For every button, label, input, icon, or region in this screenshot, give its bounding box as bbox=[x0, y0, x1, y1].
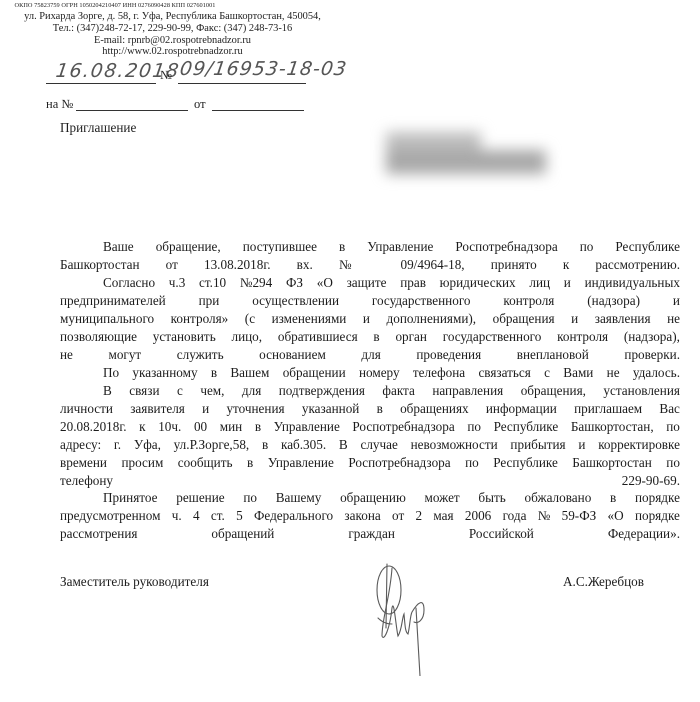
p4-line-3: 20.08.2018г.к10ч.00минвУправлениеРоспотр… bbox=[60, 418, 680, 436]
p1-line-2: Башкортостан от 13.08.2018г. вх. № 09/49… bbox=[60, 256, 680, 274]
organization-address: ул. Рихарда Зорге, д. 58, г. Уфа, Респуб… bbox=[0, 11, 345, 23]
handwritten-signature-icon bbox=[372, 558, 462, 676]
from-date-blank bbox=[212, 110, 304, 111]
p2-line-2: предпринимателейприосуществлениигосударс… bbox=[60, 292, 680, 310]
organization-phone: Тел.: (347)248-72-17, 229-90-99, Факс: (… bbox=[0, 23, 345, 35]
paragraph-invitation: Всвязисчем,дляподтвержденияфактанаправле… bbox=[60, 382, 680, 491]
on-number-label: на № bbox=[46, 97, 73, 112]
document-title: Приглашение bbox=[60, 120, 136, 136]
date-underline bbox=[46, 83, 156, 84]
p2-line-1: Согласноч.3ст.10№294ФЗ«Озащитеправюридич… bbox=[60, 274, 680, 292]
p3-line-1: По указанному в Вашем обращении номеру т… bbox=[60, 364, 680, 382]
paragraph-legal-basis: Согласноч.3ст.10№294ФЗ«Озащитеправюридич… bbox=[60, 274, 680, 364]
outgoing-number-handwritten: 09/16953-18-03 bbox=[178, 58, 348, 80]
p4-line-5: временипросимсообщитьвУправлениеРоспотре… bbox=[60, 454, 680, 472]
from-label: от bbox=[194, 97, 206, 112]
p5-line-2: предусмотренномч.4ст.5Федеральногозакона… bbox=[60, 507, 680, 525]
on-number-blank bbox=[76, 110, 188, 111]
organization-website: http://www.02.rospotrebnadzor.ru bbox=[0, 46, 345, 58]
paragraph-application-received: Вашеобращение,поступившеевУправлениеРосп… bbox=[60, 238, 680, 274]
outgoing-date-field: 16.08.2018 bbox=[46, 60, 156, 84]
p2-line-4: позволяющиеустановитьлицо,обратившиесяво… bbox=[60, 328, 680, 346]
signatory-name: А.С.Жеребцов bbox=[563, 574, 644, 590]
p5-line-1: ПринятоерешениепоВашемуобращениюможетбыт… bbox=[60, 489, 680, 507]
p5-line-3: рассмотрения обращений граждан Российско… bbox=[60, 525, 680, 543]
signatory-role: Заместитель руководителя bbox=[60, 574, 209, 590]
paragraph-phone-unreachable: По указанному в Вашем обращении номеру т… bbox=[60, 364, 680, 382]
number-underline bbox=[178, 83, 306, 84]
number-sign: № bbox=[160, 68, 172, 83]
p4-line-2: личностизаявителяиуточненияуказаннойвобр… bbox=[60, 400, 680, 418]
outgoing-number-field: 09/16953-18-03 bbox=[178, 60, 306, 84]
p2-line-5: не могут служить основанием для проведен… bbox=[60, 346, 680, 364]
p2-line-3: муниципальногоконтроля»(сизменениямиидоп… bbox=[60, 310, 680, 328]
p1-line-1: Вашеобращение,поступившеевУправлениеРосп… bbox=[60, 238, 680, 256]
p4-line-1: Всвязисчем,дляподтвержденияфактанаправле… bbox=[60, 382, 680, 400]
paragraph-appeal-rights: ПринятоерешениепоВашемуобращениюможетбыт… bbox=[60, 489, 680, 543]
p4-line-4: адресу:г.Уфа,ул.Р.Зорге,58,вкаб.305.Вслу… bbox=[60, 436, 680, 454]
organization-codes: ОКПО 75823759 ОГРН 1050204210407 ИНН 027… bbox=[0, 2, 230, 9]
redacted-recipient bbox=[380, 130, 550, 184]
p4-line-6: телефону 229-90-69. bbox=[60, 472, 680, 490]
